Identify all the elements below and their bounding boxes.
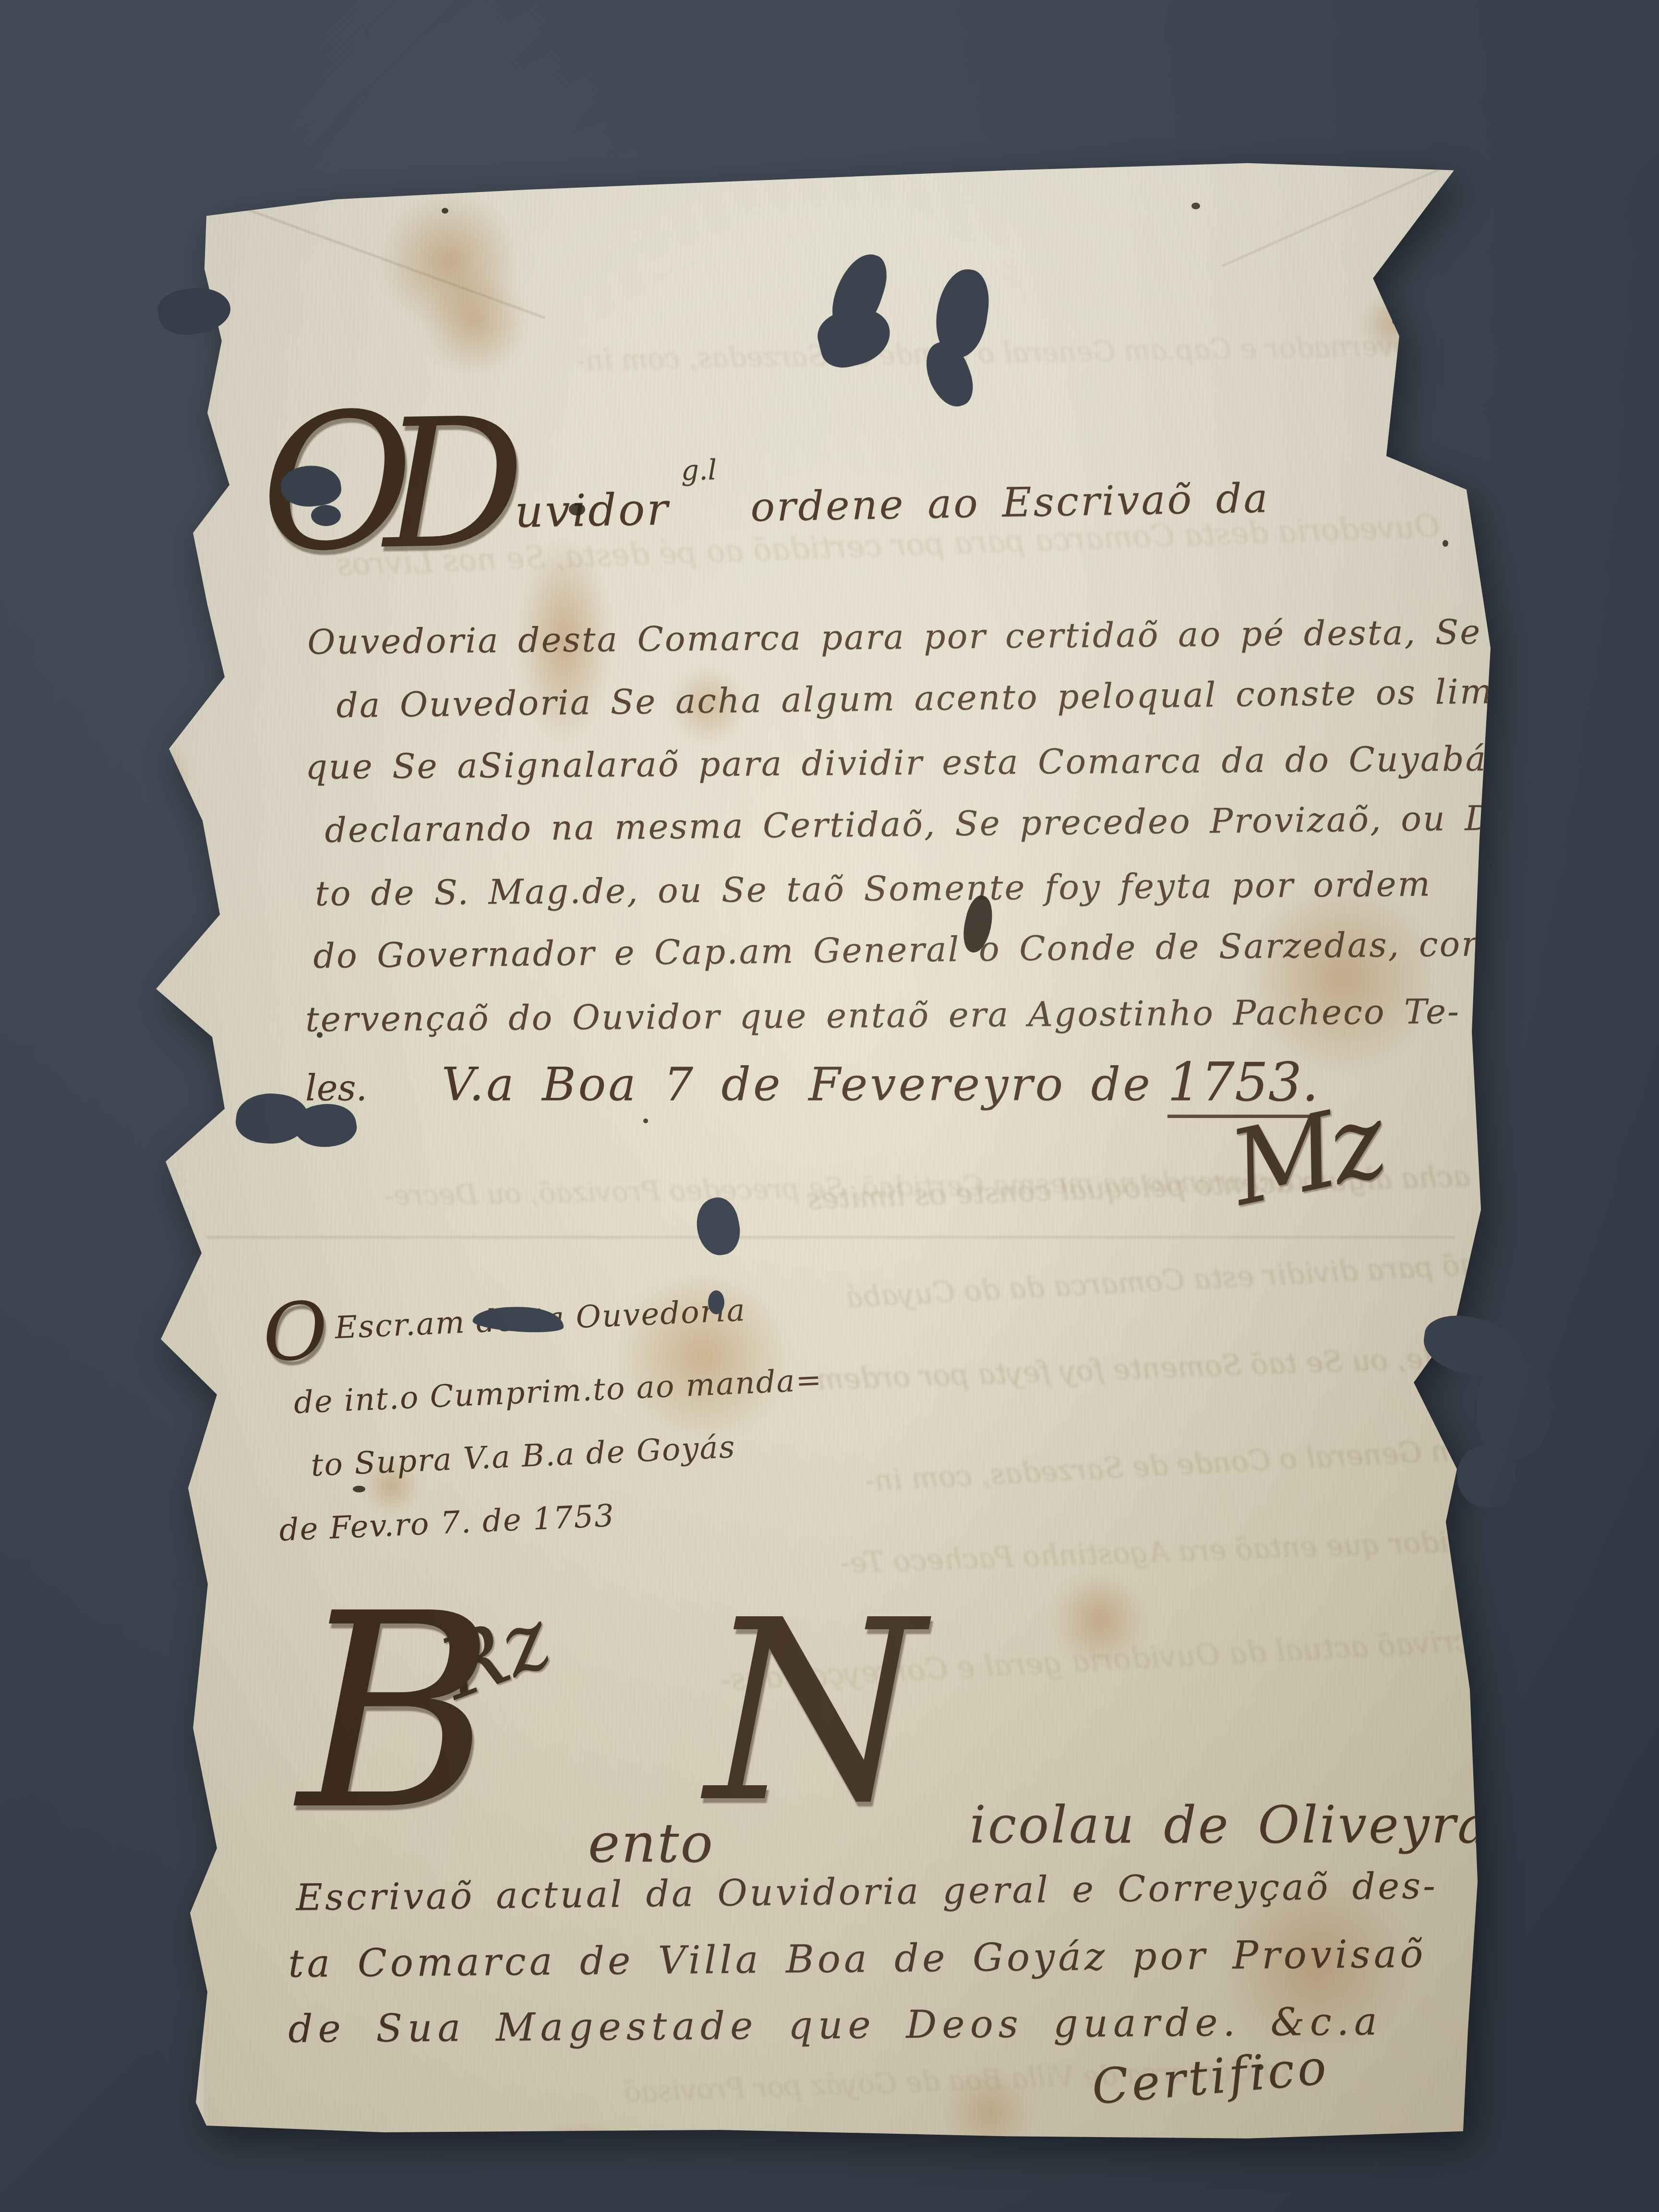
main-text-line: Ouvedoria desta Comarca para por certida…	[307, 610, 1659, 662]
main-text-line: to de S. Mag.de, ou Se taõ Somente foy f…	[315, 864, 1431, 914]
bleed-through-text: do Governador e Cap.am General o Conde d…	[576, 328, 1477, 377]
ink-fleck	[1258, 2064, 1263, 2070]
certify-word: Certifico	[1090, 2039, 1331, 2116]
ink-fleck	[317, 1032, 323, 1038]
paper-stain	[1238, 883, 1445, 1070]
marginal-note-line: de int.o Cumprim.to ao manda=	[293, 1362, 823, 1420]
main-text-line: do Governador e Cap.am General o Conde d…	[313, 923, 1563, 976]
closing-line: ta Comarca de Villa Boa de Goyáz por Pro…	[288, 1931, 1427, 1986]
crease-line	[1222, 148, 1486, 267]
closing-line: Escrivaõ actual da Ouvidoria geral e Cor…	[296, 1864, 1438, 1919]
paper-stain	[1358, 293, 1426, 355]
date-line: les. V.a Boa 7 de Fevereyro de 1753.	[305, 1051, 1319, 1113]
superscript-abbreviation: g.l	[681, 453, 717, 486]
ink-fleck	[569, 503, 585, 516]
main-text-line: da Ouvedoria Se acha algum acento peloqu…	[336, 671, 1562, 725]
date-line-lead: les.	[305, 1068, 367, 1109]
deckle-edge-highlight	[192, 1983, 204, 2127]
paper-hole	[708, 1290, 724, 1314]
ink-fleck	[1392, 317, 1398, 325]
calligraphic-initial-N: N	[706, 1606, 924, 1818]
ink-fleck	[1191, 203, 1200, 209]
date-place: V.a Boa 7 de Fevereyro de	[442, 1058, 1153, 1111]
ink-fleck	[643, 1118, 648, 1123]
paper-stain	[1051, 1575, 1147, 1666]
manuscript-paper: da Ouvedoria Se acha algum acento peloqu…	[130, 158, 1536, 2212]
main-text-line: declarando na mesma Certidaõ, Se precede…	[325, 797, 1588, 850]
flourished-initial-D: D	[382, 412, 527, 556]
paper-hole	[311, 505, 341, 526]
marginal-note-line: to Supra V.a B.a de Goyás	[310, 1425, 826, 1483]
ink-fleck	[442, 208, 448, 214]
ink-fleck	[1443, 540, 1448, 547]
first-word-tail: uvidor	[514, 483, 670, 538]
paper-stain	[379, 192, 518, 331]
marginal-note-initial: O	[262, 1303, 329, 1361]
photo-backdrop: da Ouvedoria Se acha algum acento peloqu…	[0, 0, 1659, 2212]
crease-line	[206, 1236, 1455, 1238]
calligraphic-name-fragment: ento	[588, 1812, 714, 1875]
calligraphic-name: icolau de Oliveyra	[970, 1795, 1490, 1854]
paper-stain	[115, 739, 192, 811]
calligraphic-initial-B: B	[298, 1599, 495, 1827]
paper-stain	[516, 2127, 646, 2199]
ink-fleck	[353, 1486, 365, 1492]
first-line-rest: ordene ao Escrivaõ da	[750, 474, 1270, 530]
bleed-through-text: declarando na mesma Certidaõ, Se precede…	[384, 1163, 1304, 1212]
main-text-line-first: O D uvidor g.l ordene ao Escrivaõ da	[259, 391, 1270, 559]
main-text-line: tervençaõ do Ouvidor que entaõ era Agost…	[305, 991, 1460, 1039]
main-text-line: que Se aSignalaraõ para dividir esta Com…	[305, 739, 1487, 787]
paper-stain	[422, 269, 528, 374]
closing-line: de Sua Magestade que Deos guarde. &c.a	[288, 1999, 1382, 2051]
bleed-through-text: que Se aSignalaraõ para dividir esta Com…	[844, 1235, 1659, 1314]
crease-line	[175, 182, 545, 319]
paper-stain	[938, 2074, 1039, 2151]
